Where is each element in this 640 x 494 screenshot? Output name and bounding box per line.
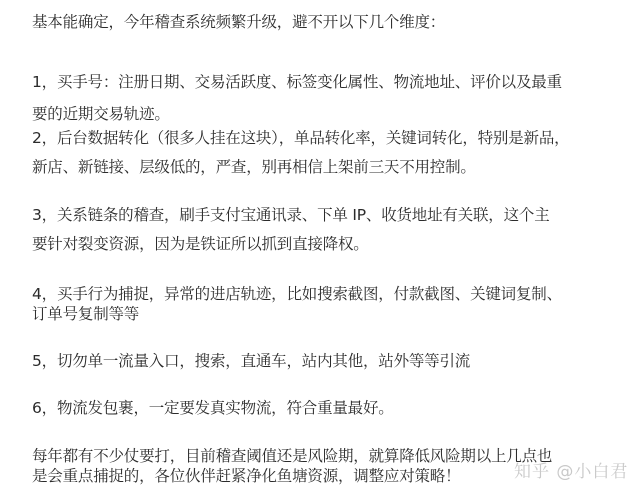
item-1-line-1: 1，买手号：注册日期、交易活跃度、标签变化属性、物流地址、评价以及最重 (32, 72, 562, 92)
intro-paragraph: 基本能确定，今年稽查系统频繁升级，避不开以下几个维度： (32, 12, 445, 32)
zhihu-watermark: 知乎 @小白君 (514, 457, 628, 482)
item-3-line-2: 要针对裂变资源，因为是铁证所以抓到直接降权。 (32, 234, 369, 254)
item-4-line-2: 订单号复制等等 (32, 304, 139, 324)
closing-line-1: 每年都有不少仗要打，目前稽查阈值还是风险期，就算降低风险期以上几点也 (32, 446, 552, 466)
item-6-line-1: 6，物流发包裹，一定要发真实物流，符合重量最好。 (32, 398, 394, 418)
closing-line-2: 是会重点捕捉的，各位伙伴赶紧净化鱼塘资源，调整应对策略！ (32, 466, 460, 486)
item-5-line-1: 5，切勿单一流量入口，搜索，直通车，站内其他，站外等等引流 (32, 351, 470, 371)
item-2-line-2: 新店、新链接、层级低的，严查，别再相信上架前三天不用控制。 (32, 157, 476, 177)
item-4-line-1: 4，买手行为捕捉，异常的进店轨迹，比如搜索截图，付款截图、关键词复制、 (32, 284, 562, 304)
item-2-line-1: 2，后台数据转化（很多人挂在这块），单品转化率，关键词转化，特别是新品， (32, 128, 569, 148)
item-3-line-1: 3，关系链条的稽查，刷手支付宝通讯录、下单 IP、收货地址有关联，这个主 (32, 205, 550, 225)
item-1-line-2: 要的近期交易轨迹。 (32, 104, 170, 124)
